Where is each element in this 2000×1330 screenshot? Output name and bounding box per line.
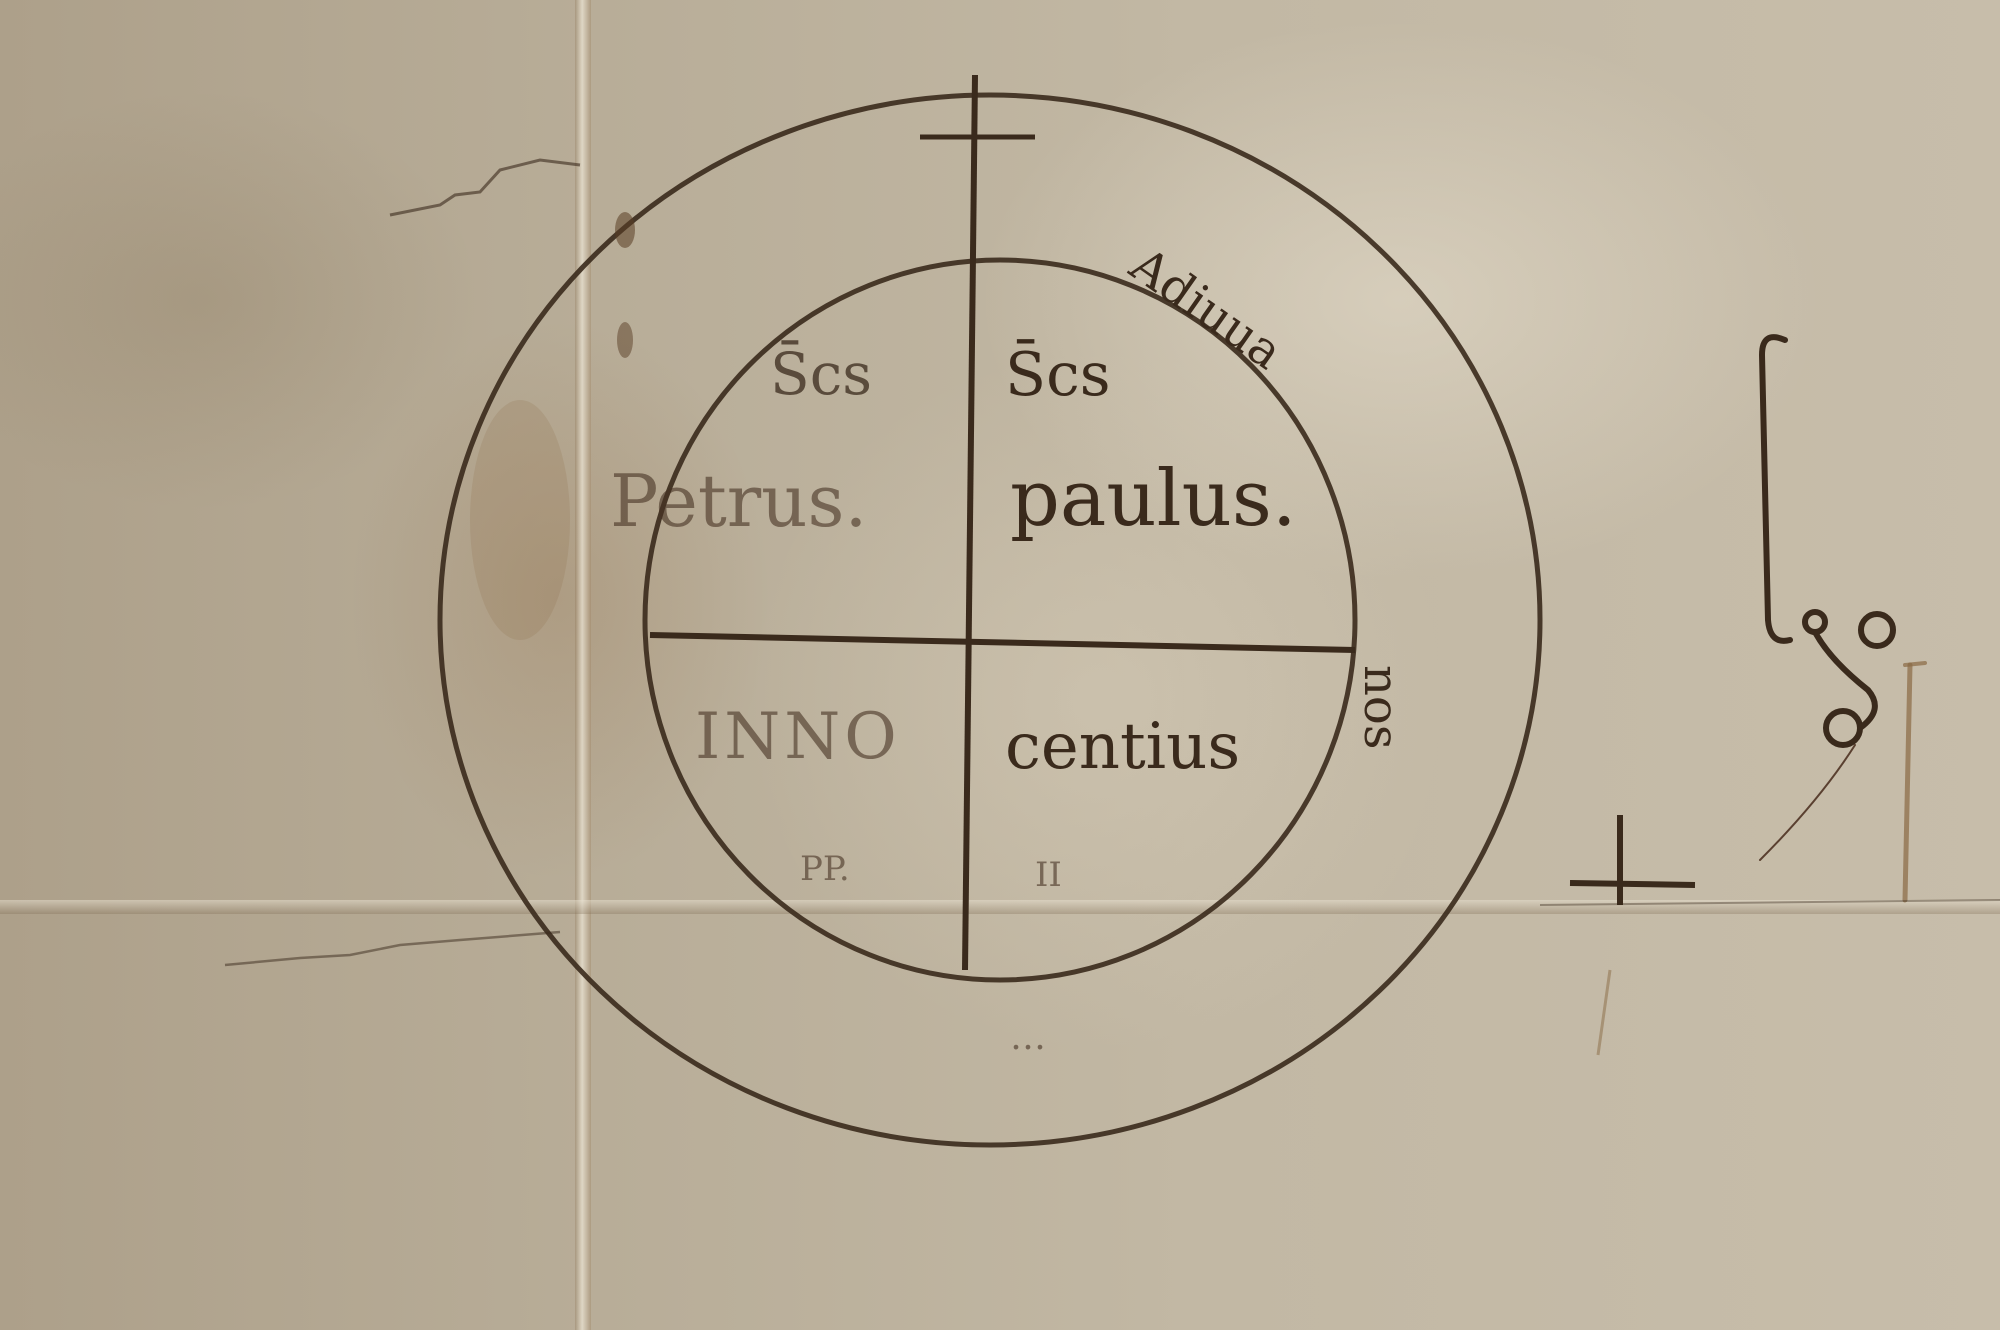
numeral-left: PP. — [800, 852, 850, 886]
crack-mark — [225, 932, 560, 965]
outer-ring-text-right: nos — [1357, 665, 1405, 749]
stain — [617, 322, 633, 358]
crack-mark — [1540, 900, 2000, 905]
rota-horizontal-axis — [650, 635, 1355, 650]
top-right-name: paulus. — [1010, 460, 1297, 538]
stain — [470, 400, 570, 640]
rota-vertical-axis — [965, 75, 975, 970]
numeral-right: II — [1035, 858, 1062, 892]
right-cross-icon — [1570, 815, 1695, 1055]
rota-outer-circle — [440, 95, 1540, 1145]
bottom-left-name: INNO — [695, 705, 901, 769]
top-left-name: Petrus. — [610, 465, 867, 537]
crack-mark — [390, 160, 580, 215]
top-right-abbrev: S̄cs — [1005, 345, 1111, 405]
stain — [615, 212, 635, 248]
bene-valete-monogram-icon — [1760, 337, 1925, 900]
rota-diagram — [0, 0, 2000, 1330]
top-left-abbrev: S̄cs — [770, 345, 872, 403]
mark-below-circle: … — [1010, 1020, 1046, 1056]
bottom-right-name: centius — [1005, 715, 1240, 779]
